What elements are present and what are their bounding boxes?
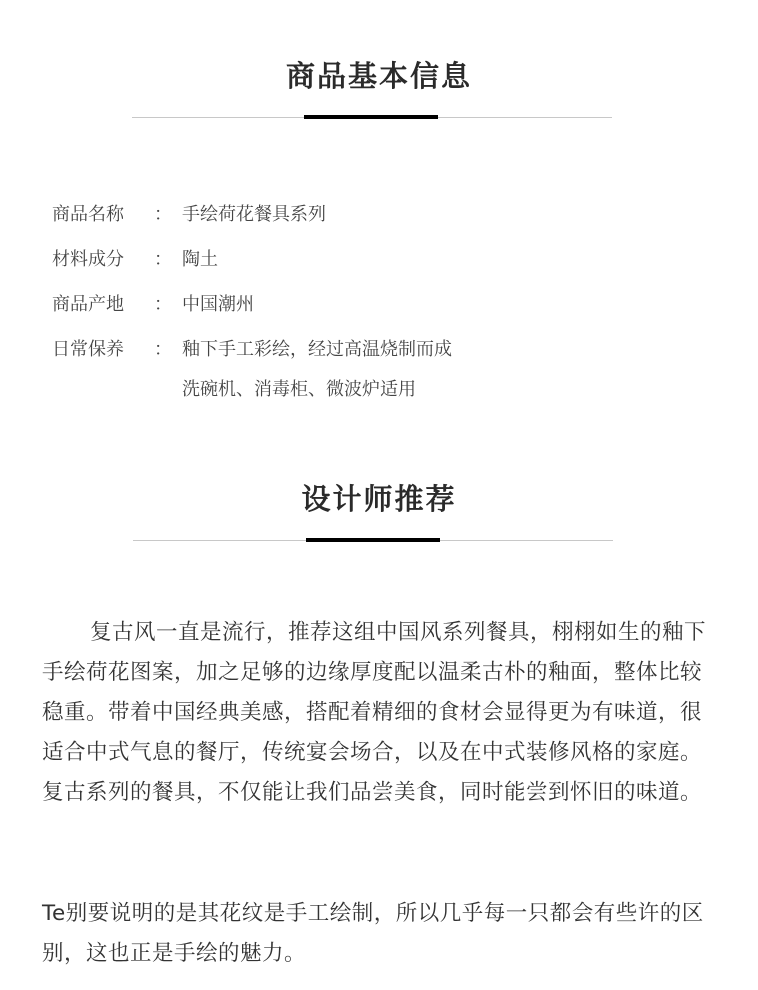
recommend-paragraph-1: 复古风一直是流行，推荐这组中国风系列餐具，栩栩如生的釉下手绘荷花图案，加之足够的… [42,613,720,813]
spec-value: 中国潮州 [182,294,254,316]
spec-row-care: 日常保养：釉下手工彩绘，经过高温烧制而成 [52,339,452,361]
section-title-designer-recommend: 设计师推荐 [0,477,758,518]
recommend-paragraph-2: Te别要说明的是其花纹是手工绘制，所以几乎每一只都会有些许的区别，这也正是手绘的… [42,894,720,974]
spec-colon: ： [154,339,182,361]
section-title-basic-info: 商品基本信息 [0,54,758,95]
spec-label: 商品产地 [52,294,154,316]
spec-label: 材料成分 [52,249,154,271]
spec-colon: ： [154,204,182,226]
section-divider-accent [306,538,440,542]
spec-label: 商品名称 [52,204,154,226]
spec-row-name: 商品名称：手绘荷花餐具系列 [52,204,326,226]
spec-value-care-line2: 洗碗机、消毒柜、微波炉适用 [182,379,416,401]
spec-value: 手绘荷花餐具系列 [182,204,326,226]
spec-label: 日常保养 [52,339,154,361]
spec-colon: ： [154,294,182,316]
spec-row-origin: 商品产地：中国潮州 [52,294,254,316]
section-divider-accent [304,115,438,119]
spec-value: 陶土 [182,249,218,271]
spec-row-material: 材料成分：陶土 [52,249,218,271]
spec-value: 釉下手工彩绘，经过高温烧制而成 [182,339,452,361]
spec-colon: ： [154,249,182,271]
